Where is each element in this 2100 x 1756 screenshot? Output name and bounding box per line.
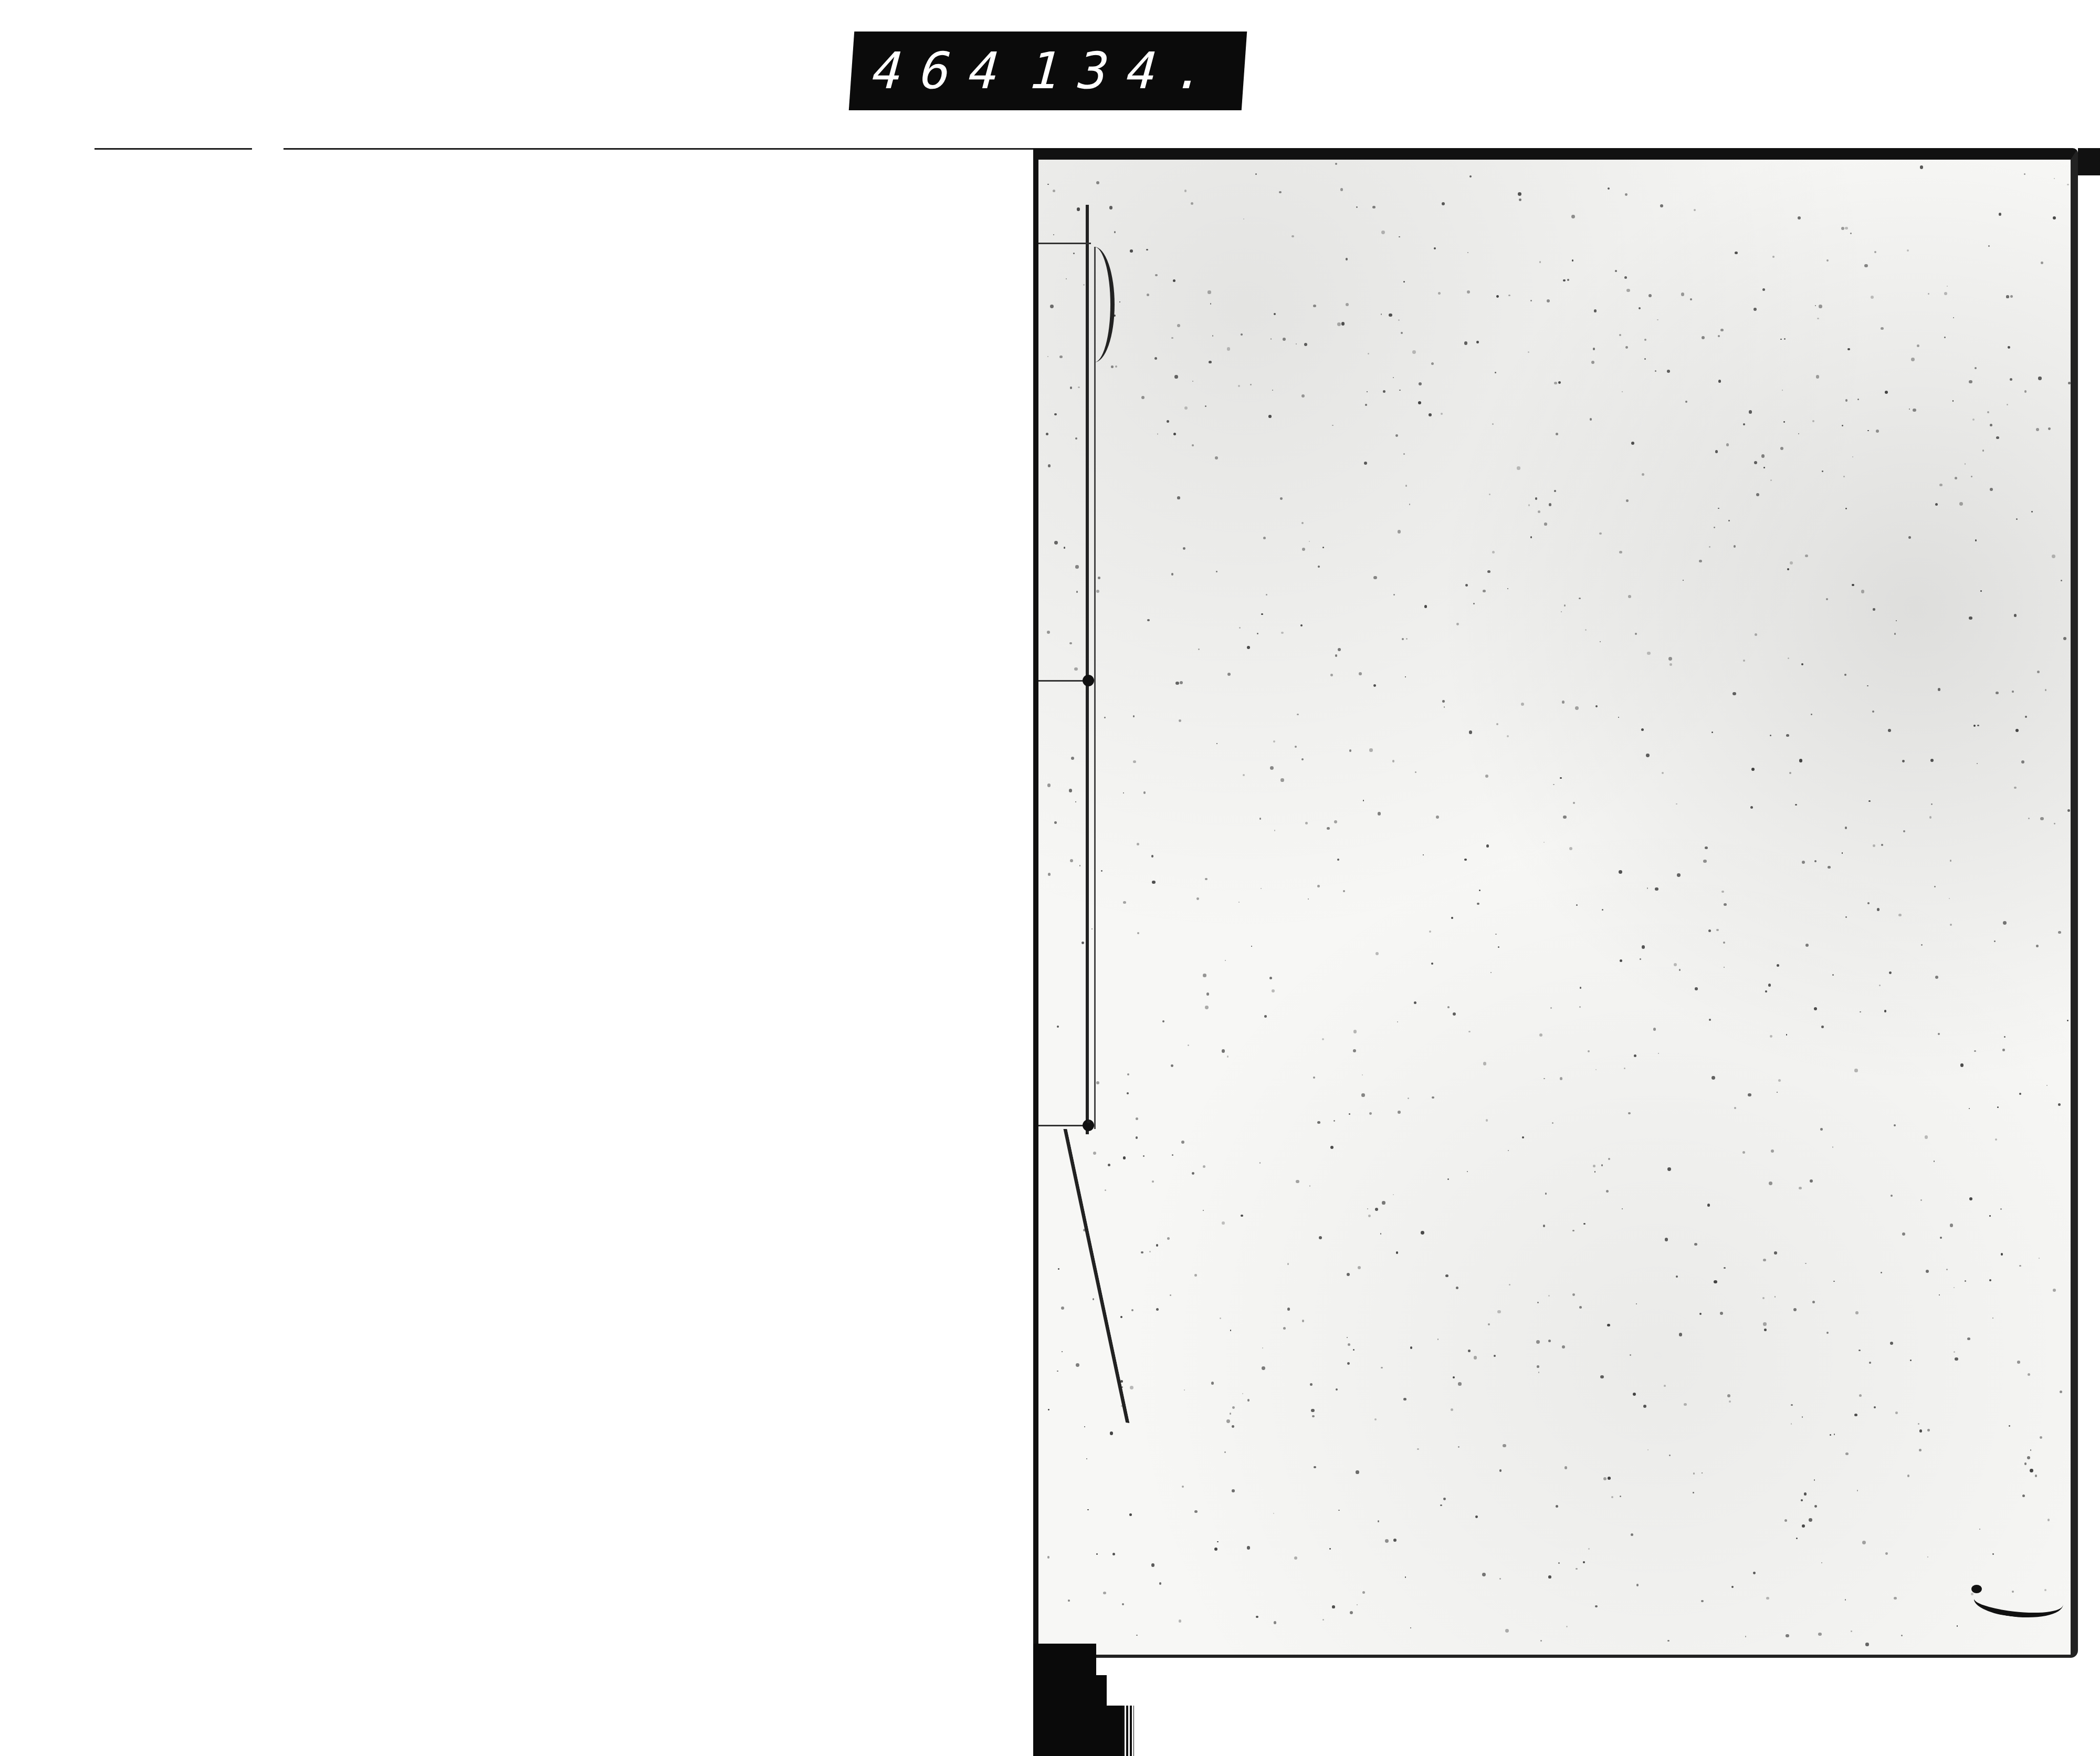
film-edge-block xyxy=(1122,1706,1134,1756)
film-edge-block xyxy=(1096,1675,1107,1756)
horizontal-rule xyxy=(94,148,252,150)
film-edge-block xyxy=(1033,1644,1096,1756)
spine-stitch xyxy=(1038,243,1091,244)
frame-number: 134. xyxy=(1028,41,1225,100)
spine-binding-thread xyxy=(1086,205,1089,1134)
film-edge-block xyxy=(1107,1706,1122,1756)
frame-counter: 464 134. xyxy=(849,32,1247,110)
cover-corner-edge xyxy=(2078,148,2100,175)
horizontal-rule xyxy=(283,148,1039,150)
reel-number: 464 xyxy=(870,41,1019,100)
spine-knot xyxy=(1083,675,1094,686)
spine-binding-thread xyxy=(1094,247,1096,1129)
